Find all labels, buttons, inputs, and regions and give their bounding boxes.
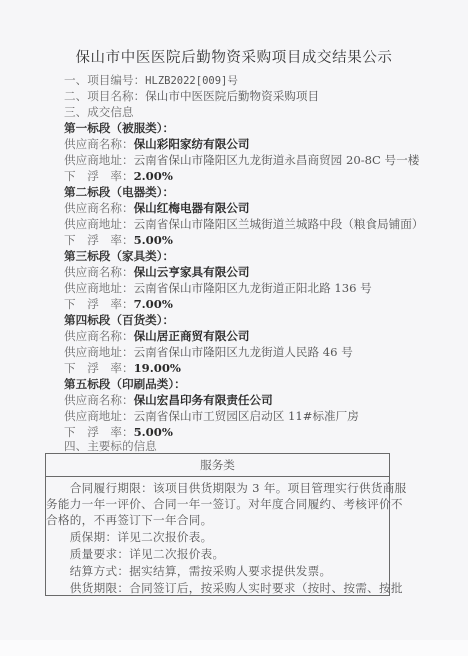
table-line: 合格的，不再签订下一年合同。 xyxy=(46,512,213,528)
table-line: 结算方式：据实结算，需按采购人要求提供发票。 xyxy=(46,563,331,579)
lot-2-heading: 第二标段（电器类）： xyxy=(64,184,174,200)
rate-label: 下 浮 率： xyxy=(64,425,134,439)
supplier-name-value: 保山居正商贸有限公司 xyxy=(134,329,250,343)
rate-value: 7.00% xyxy=(134,297,173,311)
supplier-address-label: 供应商地址： xyxy=(64,281,134,295)
main-subject-label: 四、主要标的信息 xyxy=(64,439,157,453)
project-number-line: 一、项目编号：HLZB2022[009]号 xyxy=(64,72,238,89)
lot-4-heading: 第四标段（百货类）： xyxy=(64,312,174,328)
lot-2-rate: 下 浮 率：5.00% xyxy=(64,232,173,248)
lot-4-rate: 下 浮 率：19.00% xyxy=(64,360,181,376)
project-name-line: 二、项目名称：保山市中医医院后勤物资采购项目 xyxy=(64,88,319,104)
project-number-label: 一、项目编号： xyxy=(64,73,145,87)
lot-3-supplier-name: 供应商名称：保山云亨家具有限公司 xyxy=(64,264,250,280)
project-number-value: HLZB2022[009]号 xyxy=(145,75,238,87)
project-name-label: 二、项目名称： xyxy=(64,89,145,103)
table-line: 务能力一年一评价、合同一年一签订。对年度合同履约、考核评价不 xyxy=(46,496,403,512)
rate-value: 5.00% xyxy=(134,233,173,247)
lot-2-supplier-name: 供应商名称：保山红梅电器有限公司 xyxy=(64,200,250,216)
supplier-address-value: 云南省保山市隆阳区九龙街道人民路 46 号 xyxy=(134,345,353,359)
lot-1-supplier-address: 供应商地址：云南省保山市隆阳区九龙街道永昌商贸园 20-8C 号一楼 xyxy=(64,152,419,168)
supplier-name-value: 保山云亨家具有限公司 xyxy=(134,265,250,279)
page-bottom-margin xyxy=(0,640,468,656)
lot-5-supplier-name: 供应商名称：保山宏昌印务有限责任公司 xyxy=(64,392,273,408)
lot-1-supplier-name: 供应商名称：保山彩阳家纺有限公司 xyxy=(64,136,250,152)
rate-label: 下 浮 率： xyxy=(64,169,134,183)
document-title: 保山市中医医院后勤物资采购项目成交结果公示 xyxy=(0,49,468,67)
supplier-name-label: 供应商名称： xyxy=(64,137,134,151)
supplier-address-label: 供应商地址： xyxy=(64,153,134,167)
lot-5-supplier-address: 供应商地址：云南省保山市工贸园区启动区 11#标准厂房 xyxy=(64,408,359,424)
table-line: 供货期限：合同签订后，按采购人实时要求（按时、按需、按批 xyxy=(46,580,403,596)
table-header-service: 服务类 xyxy=(46,454,389,477)
supplier-name-value: 保山宏昌印务有限责任公司 xyxy=(134,393,273,407)
deal-info-label: 三、成交信息 xyxy=(64,105,134,119)
supplier-address-value: 云南省保山市隆阳区兰城街道兰城路中段（粮食局铺面） xyxy=(134,217,424,231)
supplier-address-value: 云南省保山市隆阳区九龙街道永昌商贸园 20-8C 号一楼 xyxy=(134,153,420,167)
supplier-address-value: 云南省保山市隆阳区九龙街道正阳北路 136 号 xyxy=(134,281,372,295)
supplier-name-label: 供应商名称： xyxy=(64,201,134,215)
supplier-address-value: 云南省保山市工贸园区启动区 11#标准厂房 xyxy=(134,409,359,423)
lot-4-supplier-name: 供应商名称：保山居正商贸有限公司 xyxy=(64,328,250,344)
project-name-value: 保山市中医医院后勤物资采购项目 xyxy=(145,89,319,103)
lot-1-rate: 下 浮 率：2.00% xyxy=(64,168,173,184)
supplier-name-value: 保山红梅电器有限公司 xyxy=(134,201,250,215)
lot-3-heading: 第三标段（家具类）： xyxy=(64,248,174,264)
table-line: 质量要求：详见二次报价表。 xyxy=(46,546,224,562)
rate-label: 下 浮 率： xyxy=(64,297,134,311)
main-subject-heading: 四、主要标的信息 xyxy=(64,438,157,454)
lot-4-supplier-address: 供应商地址：云南省保山市隆阳区九龙街道人民路 46 号 xyxy=(64,344,353,360)
supplier-name-value: 保山彩阳家纺有限公司 xyxy=(134,137,250,151)
supplier-name-label: 供应商名称： xyxy=(64,329,134,343)
lot-1-heading: 第一标段（被服类）： xyxy=(64,120,174,136)
table-line: 合同履行期限：该项目供货期限为 3 年。项目管理实行供货商服 xyxy=(46,480,407,496)
lot-2-supplier-address: 供应商地址：云南省保山市隆阳区兰城街道兰城路中段（粮食局铺面） xyxy=(64,216,423,232)
lot-3-supplier-address: 供应商地址：云南省保山市隆阳区九龙街道正阳北路 136 号 xyxy=(64,280,372,296)
supplier-address-label: 供应商地址： xyxy=(64,345,134,359)
supplier-address-label: 供应商地址： xyxy=(64,217,134,231)
subject-info-table: 服务类 合同履行期限：该项目供货期限为 3 年。项目管理实行供货商服 务能力一年… xyxy=(45,453,390,596)
lot-3-rate: 下 浮 率：7.00% xyxy=(64,296,173,312)
rate-value: 5.00% xyxy=(134,425,173,439)
rate-label: 下 浮 率： xyxy=(64,361,134,375)
supplier-name-label: 供应商名称： xyxy=(64,393,134,407)
rate-label: 下 浮 率： xyxy=(64,233,134,247)
deal-info-heading: 三、成交信息 xyxy=(64,104,134,120)
supplier-address-label: 供应商地址： xyxy=(64,409,134,423)
lot-5-heading: 第五标段（印刷品类）： xyxy=(64,376,186,392)
rate-value: 2.00% xyxy=(134,169,173,183)
rate-value: 19.00% xyxy=(134,361,181,375)
table-line: 质保期：详见二次报价表。 xyxy=(46,529,213,545)
supplier-name-label: 供应商名称： xyxy=(64,265,134,279)
